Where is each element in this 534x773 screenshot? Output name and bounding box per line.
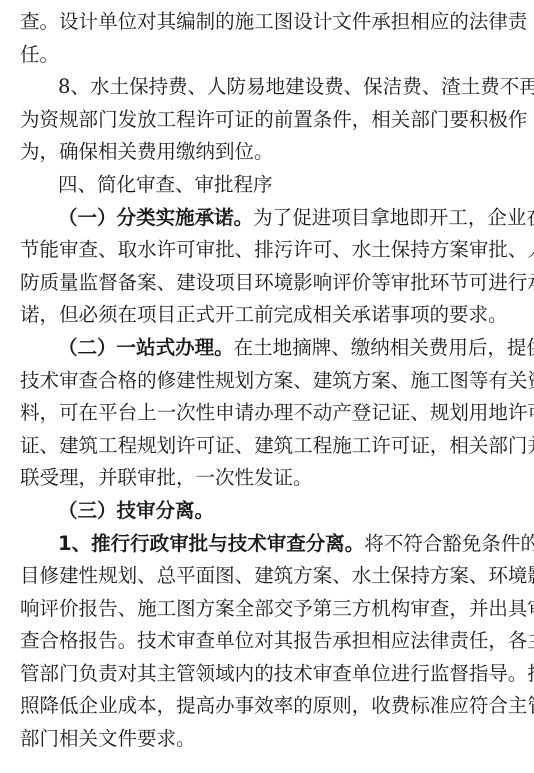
glyph: 保 [129, 71, 149, 104]
glyph: 门 [508, 430, 528, 463]
glyph: 部 [79, 104, 99, 137]
glyph: 的 [520, 528, 534, 561]
glyph: 律 [430, 625, 450, 658]
glyph: 费 [402, 71, 422, 104]
glyph: 相 [449, 430, 469, 463]
glyph: 审 [469, 234, 489, 267]
glyph: 人 [527, 234, 534, 267]
glyph: 量 [59, 267, 79, 300]
glyph: 诺 [214, 202, 234, 235]
glyph: 水 [352, 234, 372, 267]
glyph: 开 [429, 202, 449, 235]
glyph: 划 [449, 397, 469, 430]
glyph: 、 [332, 560, 352, 593]
glyph: 件 [352, 6, 372, 39]
glyph: 可 [176, 234, 196, 267]
glyph: 监 [79, 267, 99, 300]
glyph: 、 [235, 560, 255, 593]
glyph: 许 [293, 234, 313, 267]
glyph: ， [488, 625, 508, 658]
glyph: 目 [235, 267, 255, 300]
glyph: 建 [254, 560, 274, 593]
glyph: 方 [254, 365, 274, 398]
glyph: 案 [274, 365, 294, 398]
text-line: 技术审查合格的修建性规划方案、建筑方案、施工图等有关资 [20, 365, 520, 398]
glyph: 工 [293, 430, 313, 463]
glyph: 管 [527, 690, 534, 723]
glyph: 规 [59, 104, 79, 137]
glyph: 法 [410, 625, 430, 658]
glyph: 响 [20, 593, 40, 626]
glyph: 单 [352, 658, 372, 691]
glyph: 、 [469, 560, 489, 593]
glyph: 、 [391, 365, 411, 398]
glyph: 放 [137, 104, 157, 137]
glyph: 率 [274, 690, 294, 723]
glyph: 出 [488, 593, 508, 626]
glyph: 条 [313, 104, 333, 137]
glyph: 备 [118, 267, 138, 300]
glyph: 域 [215, 658, 235, 691]
glyph: 位 [371, 658, 391, 691]
text-line: 8、水土保持费、人防易地建设费、保洁费、渣土费不再作 [20, 71, 520, 104]
glyph: 效 [254, 690, 274, 723]
glyph: 等 [469, 365, 489, 398]
glyph: 推 [91, 528, 111, 561]
text-line: 部门相关文件要求。 [20, 723, 520, 756]
glyph: 技 [20, 365, 40, 398]
glyph: 证 [391, 397, 411, 430]
glyph: 台 [118, 397, 138, 430]
text-line: （二）一站式办理。在土地摘牌、缴纳相关费用后，提供 [20, 332, 520, 365]
glyph: 批 [189, 528, 209, 561]
glyph: 案 [215, 593, 235, 626]
glyph: 规 [430, 397, 450, 430]
glyph: 降 [40, 690, 60, 723]
glyph: 与 [208, 528, 228, 561]
glyph: 方 [430, 234, 450, 267]
glyph: 再 [519, 71, 534, 104]
glyph: 的 [293, 690, 313, 723]
glyph: 编 [176, 6, 196, 39]
glyph: （ [58, 202, 78, 235]
glyph: 土 [109, 71, 129, 104]
glyph: 管 [176, 658, 196, 691]
glyph: 方 [352, 365, 372, 398]
glyph: 关 [469, 430, 489, 463]
glyph: 全 [235, 593, 255, 626]
glyph: 的 [449, 6, 469, 39]
glyph: 规 [137, 430, 157, 463]
glyph: 。 [214, 332, 234, 365]
glyph: 相 [390, 332, 410, 365]
glyph: 1 [58, 528, 72, 561]
glyph: 建 [285, 71, 305, 104]
glyph: 豁 [442, 528, 462, 561]
glyph: 条 [481, 528, 501, 561]
glyph: 管 [20, 658, 40, 691]
glyph: 相 [371, 104, 391, 137]
glyph: 修 [40, 560, 60, 593]
glyph: 易 [246, 71, 266, 104]
glyph: 机 [371, 593, 391, 626]
glyph: 门 [59, 658, 79, 691]
glyph: 领 [196, 658, 216, 691]
text-line: 节能审查、取水许可审批、排污许可、水土保持方案审批、人 [20, 234, 520, 267]
glyph: 位 [235, 625, 255, 658]
glyph: 资 [527, 365, 534, 398]
glyph: 请 [235, 397, 255, 430]
glyph: 划 [235, 365, 255, 398]
glyph: 理 [195, 332, 215, 365]
glyph: 工 [157, 593, 177, 626]
glyph: 方 [430, 560, 450, 593]
glyph: 项 [215, 267, 235, 300]
glyph: 术 [40, 365, 60, 398]
glyph: 上 [137, 397, 157, 430]
glyph: 高 [196, 690, 216, 723]
glyph: 持 [410, 234, 430, 267]
glyph: 法 [469, 6, 489, 39]
glyph: 、 [98, 234, 118, 267]
glyph: 报 [79, 593, 99, 626]
glyph: 交 [274, 593, 294, 626]
glyph: 工 [157, 104, 177, 137]
glyph: 相 [410, 6, 430, 39]
glyph: 案 [371, 365, 391, 398]
glyph: 在 [234, 332, 254, 365]
glyph: 报 [293, 625, 313, 658]
glyph: ） [97, 202, 117, 235]
glyph: 平 [98, 397, 118, 430]
glyph: ， [40, 397, 60, 430]
glyph: 证 [235, 104, 255, 137]
glyph: 相 [371, 625, 391, 658]
text-line: 任。 [20, 39, 520, 72]
glyph: 三 [332, 593, 352, 626]
glyph: 承 [527, 267, 534, 300]
glyph: 前 [274, 104, 294, 137]
glyph: 作 [508, 104, 528, 137]
line-text: 为，确保相关费用缴纳到位。 [20, 136, 274, 169]
glyph: ， [487, 332, 507, 365]
glyph: 责 [508, 6, 528, 39]
glyph: 批 [215, 234, 235, 267]
glyph: 制 [196, 6, 216, 39]
glyph: 案 [137, 267, 157, 300]
line-text: 部门相关文件要求。 [20, 723, 196, 756]
glyph: 费 [324, 71, 344, 104]
glyph: 进 [312, 202, 332, 235]
glyph: 保 [363, 71, 383, 104]
glyph: 具 [508, 593, 528, 626]
glyph: 建 [254, 430, 274, 463]
glyph: 关 [508, 365, 528, 398]
glyph: 水 [90, 71, 110, 104]
glyph: 极 [488, 104, 508, 137]
glyph: 境 [274, 267, 294, 300]
glyph: 费 [391, 690, 411, 723]
glyph: 。 [40, 6, 60, 39]
glyph: 产 [332, 397, 352, 430]
glyph: 不 [293, 397, 313, 430]
glyph: 污 [274, 234, 294, 267]
glyph: 其 [274, 625, 294, 658]
glyph: 合 [98, 365, 118, 398]
glyph: 施 [332, 430, 352, 463]
line-text: 联受理，并联审批，一次性发证。 [20, 462, 313, 495]
glyph: 为 [20, 104, 40, 137]
glyph: 查 [20, 6, 40, 39]
glyph: 进 [488, 267, 508, 300]
glyph: 部 [488, 430, 508, 463]
glyph: 方 [293, 560, 313, 593]
glyph: 拿 [370, 202, 390, 235]
glyph: 施 [175, 202, 195, 235]
glyph: 登 [352, 397, 372, 430]
glyph: 门 [430, 104, 450, 137]
glyph: 、 [72, 528, 92, 561]
glyph: 应 [449, 690, 469, 723]
glyph: 建 [176, 365, 196, 398]
glyph: 查 [79, 365, 99, 398]
glyph: 工 [430, 365, 450, 398]
glyph: 人 [207, 71, 227, 104]
glyph: 的 [137, 365, 157, 398]
glyph: 许 [157, 234, 177, 267]
glyph: 的 [254, 658, 274, 691]
glyph: 划 [157, 430, 177, 463]
glyph: 律 [488, 6, 508, 39]
glyph: 目 [351, 202, 371, 235]
glyph: 后 [468, 332, 488, 365]
glyph: 洁 [383, 71, 403, 104]
text-line: 查。设计单位对其编制的施工图设计文件承担相应的法律责 [20, 6, 520, 39]
text-line: 响评价报告、施工图方案全部交予第三方机构审查，并出具审 [20, 593, 520, 626]
glyph: 。 [118, 625, 138, 658]
glyph: 审 [527, 593, 534, 626]
glyph: 行 [111, 528, 131, 561]
glyph: 环 [254, 267, 274, 300]
glyph: 保 [391, 234, 411, 267]
glyph: 承 [371, 6, 391, 39]
glyph: 图 [274, 6, 294, 39]
glyph: 许 [176, 430, 196, 463]
glyph: 价 [59, 593, 79, 626]
glyph: 不 [500, 71, 520, 104]
glyph: 建 [59, 560, 79, 593]
glyph: 可 [313, 234, 333, 267]
glyph: 可 [391, 430, 411, 463]
bold-lead-in: （三）技审分离。 [58, 495, 214, 528]
glyph: 图 [449, 365, 469, 398]
glyph: 部 [254, 593, 274, 626]
glyph: 告 [313, 625, 333, 658]
glyph: ， [449, 593, 469, 626]
glyph: 。 [234, 202, 254, 235]
glyph: 责 [449, 625, 469, 658]
glyph: 按 [527, 658, 534, 691]
glyph: 构 [391, 593, 411, 626]
glyph: 查 [332, 658, 352, 691]
glyph: 类 [136, 202, 156, 235]
glyph: 用 [448, 332, 468, 365]
glyph: 设 [196, 267, 216, 300]
glyph: 修 [157, 365, 177, 398]
glyph: 文 [332, 6, 352, 39]
glyph: 可 [215, 104, 235, 137]
glyph: 理 [274, 397, 294, 430]
glyph: 分 [117, 202, 137, 235]
glyph: 收 [371, 690, 391, 723]
glyph: 设 [59, 6, 79, 39]
glyph: 主 [508, 690, 528, 723]
glyph: 费 [480, 71, 500, 104]
glyph: 行 [410, 658, 430, 691]
glyph: 各 [508, 625, 528, 658]
glyph: 实 [156, 202, 176, 235]
glyph: 持 [148, 71, 168, 104]
glyph: 查 [430, 593, 450, 626]
glyph: 费 [429, 332, 449, 365]
text-line: 证、建筑工程规划许可证、建筑工程施工许可证，相关部门并 [20, 430, 520, 463]
glyph: 环 [430, 267, 450, 300]
text-line: （一）分类实施承诺。为了促进项目拿地即开工，企业在 [20, 202, 520, 235]
text-line: 查合格报告。技术审查单位对其报告承担相应法律责任，各主 [20, 625, 520, 658]
glyph: 监 [430, 658, 450, 691]
glyph: 合 [423, 528, 443, 561]
glyph: 业 [507, 202, 527, 235]
glyph: 技 [274, 658, 294, 691]
glyph: 、 [344, 71, 364, 104]
glyph: 二 [78, 332, 98, 365]
glyph: 、 [137, 560, 157, 593]
glyph: 的 [254, 104, 274, 137]
glyph: 应 [430, 6, 450, 39]
glyph: 合 [488, 690, 508, 723]
glyph: 证 [215, 430, 235, 463]
text-line: （三）技审分离。 [20, 495, 520, 528]
glyph: 一 [78, 202, 98, 235]
glyph: 施 [410, 365, 430, 398]
glyph: 技 [228, 528, 248, 561]
glyph: 内 [235, 658, 255, 691]
text-line: 1、推行行政审批与技术审查分离。将不符合豁免条件的项 [20, 528, 520, 561]
text-line: 为资规部门发放工程许可证的前置条件，相关部门要积极作 [20, 104, 520, 137]
glyph: 土 [253, 332, 273, 365]
glyph: 进 [391, 658, 411, 691]
glyph: 原 [313, 690, 333, 723]
glyph: 了 [273, 202, 293, 235]
glyph: 企 [487, 202, 507, 235]
glyph: 承 [332, 625, 352, 658]
glyph: 性 [196, 365, 216, 398]
text-line: 诺，但必须在项目正式开工前完成相关承诺事项的要求。 [20, 299, 520, 332]
glyph: 查 [196, 625, 216, 658]
glyph: 能 [40, 234, 60, 267]
glyph: 一 [157, 397, 177, 430]
text-line: 管部门负责对其主管领域内的技术审查单位进行监督指导。按 [20, 658, 520, 691]
glyph: 施 [235, 6, 255, 39]
glyph: 筑 [274, 430, 294, 463]
glyph: 质 [40, 267, 60, 300]
text-line: 料，可在平台上一次性申请办理不动产登记证、规划用地许可 [20, 397, 520, 430]
glyph: 有 [488, 365, 508, 398]
glyph: 、 [188, 71, 208, 104]
glyph: 牌 [312, 332, 332, 365]
glyph: 性 [196, 397, 216, 430]
glyph: 符 [403, 528, 423, 561]
glyph: 证 [410, 430, 430, 463]
glyph: 、 [235, 234, 255, 267]
glyph: 为 [253, 202, 273, 235]
glyph: 图 [176, 593, 196, 626]
glyph: 件 [332, 104, 352, 137]
glyph: 等 [371, 267, 391, 300]
document-page: 查。设计单位对其编制的施工图设计文件承担相应的法律责任。8、水土保持费、人防易地… [20, 6, 520, 756]
glyph: 式 [156, 332, 176, 365]
glyph: 分 [306, 528, 326, 561]
glyph: 其 [157, 6, 177, 39]
glyph: 告 [98, 625, 118, 658]
glyph: 的 [215, 6, 235, 39]
glyph: 担 [391, 6, 411, 39]
glyph: 申 [215, 397, 235, 430]
glyph: 程 [313, 430, 333, 463]
glyph: 离 [325, 528, 345, 561]
glyph: 影 [293, 267, 313, 300]
glyph: 案 [449, 234, 469, 267]
glyph: 提 [176, 690, 196, 723]
glyph: 办 [254, 397, 274, 430]
glyph: 渣 [441, 71, 461, 104]
glyph: 防 [227, 71, 247, 104]
glyph: ， [157, 690, 177, 723]
glyph: 负 [79, 658, 99, 691]
glyph: 部 [40, 658, 60, 691]
glyph: 技 [137, 625, 157, 658]
glyph: 审 [196, 234, 216, 267]
glyph: 办 [175, 332, 195, 365]
glyph: 工 [448, 202, 468, 235]
glyph: 计 [79, 6, 99, 39]
glyph: 许 [371, 430, 391, 463]
glyph: 关 [391, 104, 411, 137]
glyph: 防 [20, 267, 40, 300]
glyph: 筑 [79, 430, 99, 463]
glyph: 任 [469, 625, 489, 658]
glyph: 、 [331, 332, 351, 365]
glyph: 低 [59, 690, 79, 723]
glyph: 格 [118, 365, 138, 398]
glyph: 合 [40, 625, 60, 658]
glyph: 可 [527, 397, 534, 430]
glyph: 、 [235, 430, 255, 463]
glyph: 水 [352, 560, 372, 593]
glyph: 一 [117, 332, 137, 365]
glyph: 发 [118, 104, 138, 137]
glyph: 价 [352, 267, 372, 300]
glyph: ） [97, 332, 117, 365]
glyph: ， [352, 104, 372, 137]
glyph: ， [430, 430, 450, 463]
glyph: 施 [137, 593, 157, 626]
glyph: 查 [79, 234, 99, 267]
glyph: 地 [266, 71, 286, 104]
glyph: 督 [449, 658, 469, 691]
glyph: 面 [196, 560, 216, 593]
glyph: 审 [313, 658, 333, 691]
